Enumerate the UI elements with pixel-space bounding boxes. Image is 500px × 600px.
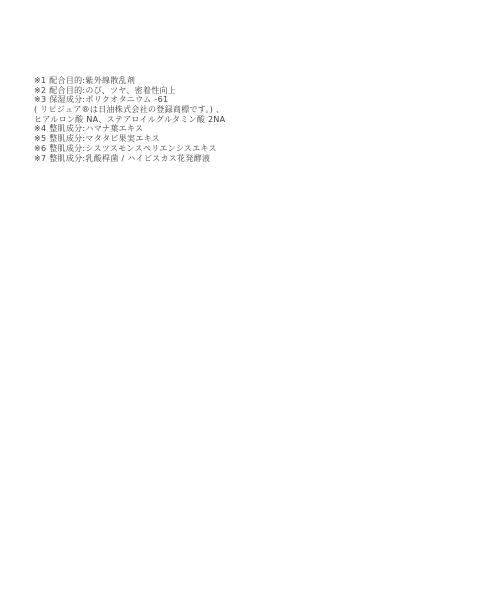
- footnote-line-2: ※2 配合目的:のび、ツヤ、密着性向上: [34, 86, 254, 96]
- footnote-line-9: ※7 整肌成分:乳酸桿菌 / ハイビスカス花発酵液: [34, 154, 254, 164]
- footnote-line-7: ※5 整肌成分:マタタビ果実エキス: [34, 134, 254, 144]
- footnote-line-3: ※3 保湿成分:ポリクオタニウム -61: [34, 95, 254, 105]
- footnote-line-6: ※4 整肌成分:ハマナ葉エキス: [34, 124, 254, 134]
- page-canvas: ※1 配合目的:紫外線散乱剤 ※2 配合目的:のび、ツヤ、密着性向上 ※3 保湿…: [0, 0, 500, 600]
- footnote-line-1: ※1 配合目的:紫外線散乱剤: [34, 76, 254, 86]
- footnote-line-5: ヒアルロン酸 NA、ステアロイルグルタミン酸 2NA: [34, 115, 254, 125]
- footnote-line-8: ※6 整肌成分:シスツスモンスペリエンシスエキス: [34, 144, 254, 154]
- ingredient-footnote-block: ※1 配合目的:紫外線散乱剤 ※2 配合目的:のび、ツヤ、密着性向上 ※3 保湿…: [34, 76, 254, 163]
- footnote-line-4: ( リピジュア®は日油株式会社の登録商標です。) 、: [34, 105, 254, 115]
